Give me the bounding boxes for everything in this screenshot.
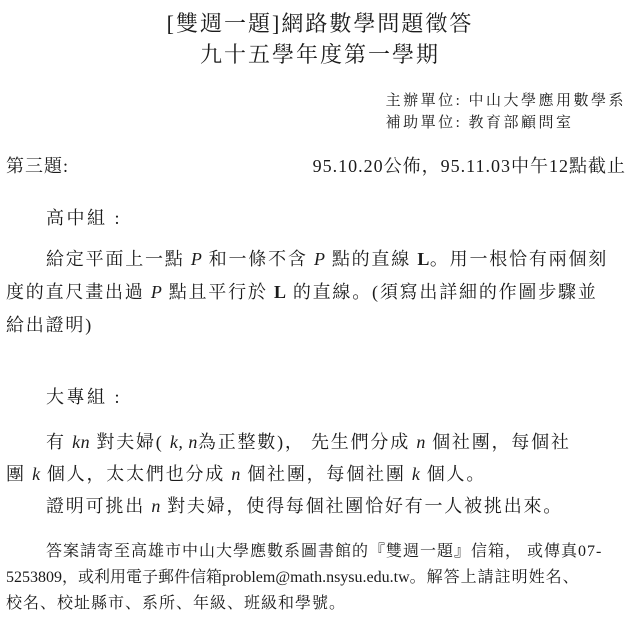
math-italic-n: n xyxy=(416,432,426,452)
submission-instructions: 答案請寄至高雄市中山大學應數系圖書館的『雙週一題』信箱， 或傳真07- 5253… xyxy=(6,539,634,617)
college-problem-line3: 證明可挑出 n 對夫婦，使得每個社團恰好有一人被挑出來。 xyxy=(6,490,634,522)
problem-header-row: 第三題: 95.10.20公佈，95.11.03中午12點截止 xyxy=(6,154,634,179)
footer-line1: 答案請寄至高雄市中山大學應數系圖書館的『雙週一題』信箱， 或傳真07- xyxy=(6,539,634,565)
math-italic-n: n xyxy=(151,496,161,516)
college-section-heading: 大專組 : xyxy=(6,385,634,410)
math-italic-k-n: k, n xyxy=(170,432,198,452)
math-bold-L: L xyxy=(417,249,430,269)
math-italic-kn: kn xyxy=(72,432,90,452)
college-problem-text: 有 kn 對夫婦( k, n為正整數)， 先生們分成 n 個社團，每個社 團 k… xyxy=(6,426,634,522)
organizer-block: 主辦單位: 中山大學應用數學系 補助單位: 教育部顧問室 xyxy=(6,90,634,134)
math-script-P: P xyxy=(191,249,203,269)
high-school-section: 高中組 : 給定平面上一點 P 和一條不含 P 點的直線 L。用一根恰有兩個刻 … xyxy=(6,206,634,342)
college-section: 大專組 : 有 kn 對夫婦( k, n為正整數)， 先生們分成 n 個社團，每… xyxy=(6,385,634,522)
document-title-line1: [雙週一題]網路數學問題徵答 xyxy=(6,8,634,39)
college-problem-line1: 有 kn 對夫婦( k, n為正整數)， 先生們分成 n 個社團，每個社 xyxy=(6,426,634,458)
math-italic-k: k xyxy=(32,464,41,484)
document-title-line2: 九十五學年度第一學期 xyxy=(6,39,634,70)
document-header: [雙週一題]網路數學問題徵答 九十五學年度第一學期 xyxy=(6,8,634,70)
math-bold-L: L xyxy=(274,282,287,302)
math-script-P: P xyxy=(314,249,326,269)
problem-number-label: 第三題: xyxy=(6,154,69,179)
hs-problem-line1: 給定平面上一點 P 和一條不含 P 點的直線 L。用一根恰有兩個刻 xyxy=(6,243,634,276)
email-text: problem@math.nsysu.edu.tw xyxy=(222,569,410,586)
sponsor-line: 補助單位: 教育部顧問室 xyxy=(386,112,626,134)
college-problem-line2: 團 k 個人，太太們也分成 n 個社團，每個社團 k 個人。 xyxy=(6,458,634,490)
document-page: [雙週一題]網路數學問題徵答 九十五學年度第一學期 主辦單位: 中山大學應用數學… xyxy=(0,0,640,620)
footer-line3: 校名、校址縣市、系所、年級、班級和學號。 xyxy=(6,591,634,617)
organizer-line: 主辦單位: 中山大學應用數學系 xyxy=(386,90,626,112)
hs-problem-line3: 給出證明) xyxy=(6,309,634,342)
hs-problem-text: 給定平面上一點 P 和一條不含 P 點的直線 L。用一根恰有兩個刻 度的直尺畫出… xyxy=(6,243,634,342)
hs-problem-line2: 度的直尺畫出過 P 點且平行於 L 的直線。(須寫出詳細的作圖步驟並 xyxy=(6,276,634,309)
problem-dates: 95.10.20公佈，95.11.03中午12點截止 xyxy=(313,154,626,179)
math-italic-n: n xyxy=(231,464,241,484)
hs-section-heading: 高中組 : xyxy=(6,206,634,231)
fax-number-continued: 5253809，或利用電子郵件信箱 xyxy=(6,569,222,586)
footer-line2: 5253809，或利用電子郵件信箱problem@math.nsysu.edu.… xyxy=(6,565,634,591)
math-script-P: P xyxy=(151,282,163,302)
